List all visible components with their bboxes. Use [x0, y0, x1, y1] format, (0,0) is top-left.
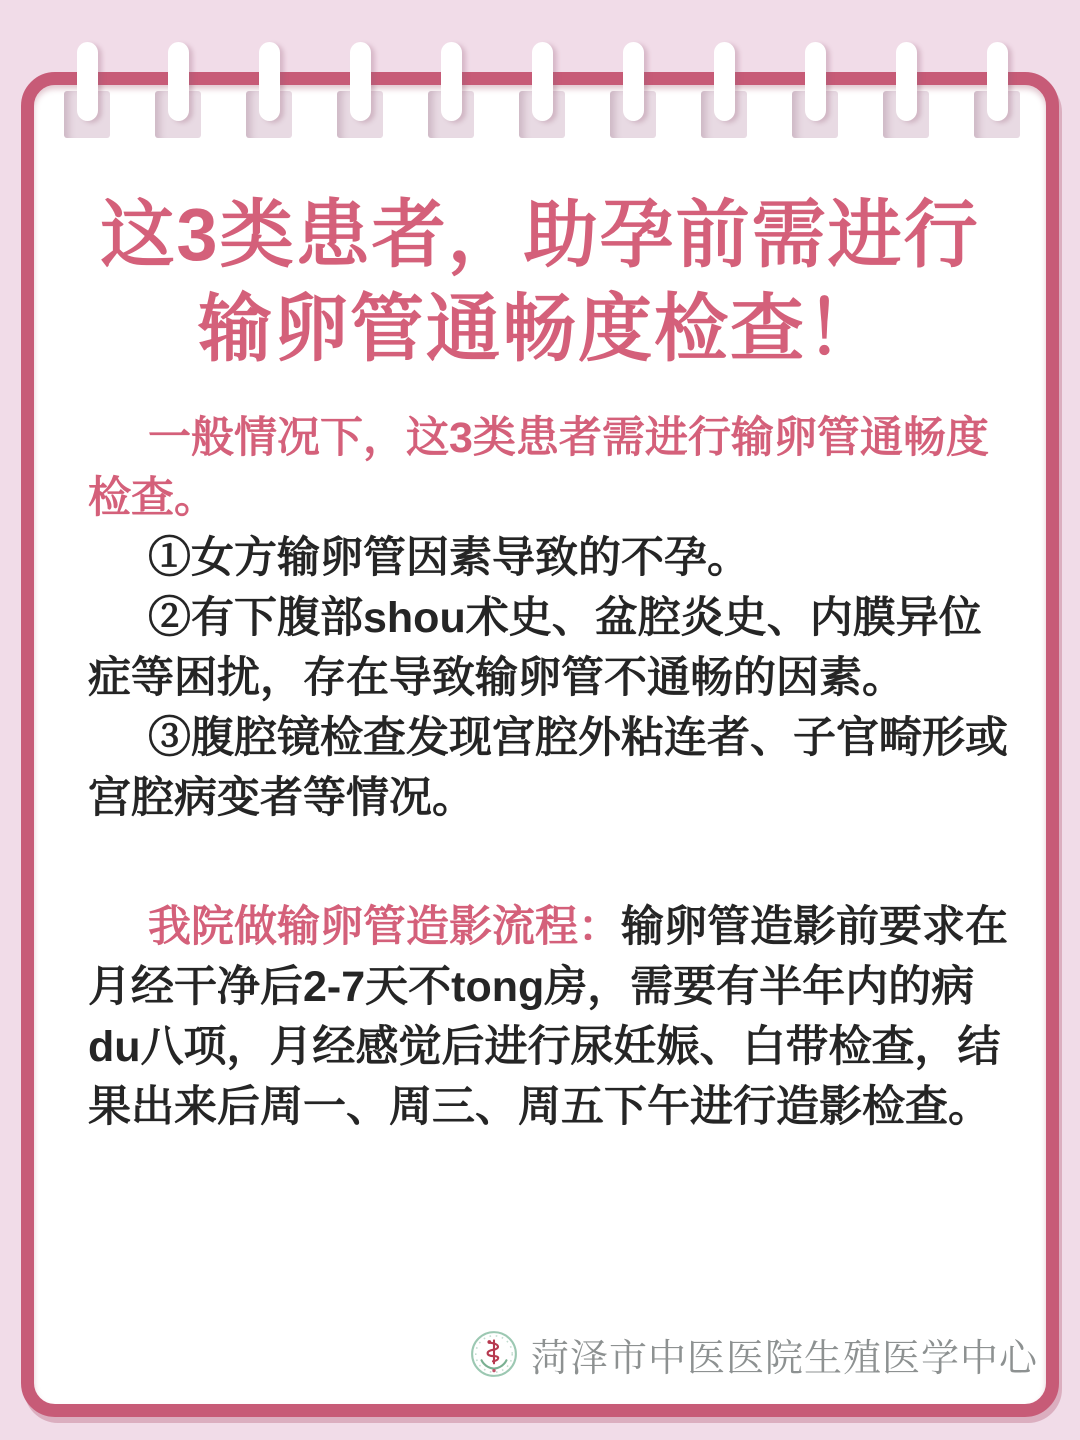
poster-page: { "meta": { "colors": { "page_background… [0, 0, 1080, 1440]
list-item-2-line-1: ②有下腹部shou术史、盆腔炎史、内膜异位 [88, 588, 1040, 648]
list-item-1: ①女方输卵管因素导致的不孕。 [88, 528, 1040, 588]
list-item-3-line-1: ③腹腔镜检查发现宫腔外粘连者、子官畸形或 [88, 708, 1040, 768]
title-line-2: 输卵管通畅度检查！ [33, 282, 1047, 376]
hospital-logo-icon [469, 1329, 519, 1379]
intro-paragraph: 一般情况下，这3类患者需进行输卵管通畅度 检查。 [88, 408, 1040, 528]
patient-type-list: ①女方输卵管因素导致的不孕。 ②有下腹部shou术史、盆腔炎史、内膜异位 症等困… [88, 528, 1040, 828]
footer-org-name: 菏泽市中医医院生殖医学中心 [531, 1327, 1038, 1382]
footer: 菏泽市中医医院生殖医学中心 [33, 1322, 1038, 1386]
procedure-line-3: du八项，月经感觉后进行尿妊娠、白带检查，结 [88, 1017, 1040, 1077]
procedure-line-1: 我院做输卵管造影流程：输卵管造影前要求在 [88, 897, 1040, 957]
procedure-lead-rest: 输卵管造影前要求在 [621, 903, 1008, 951]
ring-bar [168, 42, 189, 121]
page-title: 这3类患者，助孕前需进行 输卵管通畅度检查！ [33, 188, 1047, 376]
intro-line-2: 检查。 [88, 468, 1040, 528]
procedure-line-2: 月经干净后2-7天不tong房，需要有半年内的病 [88, 957, 1040, 1017]
list-item-2-line-2: 症等困扰，存在导致输卵管不通畅的因素。 [88, 648, 1040, 708]
ring-bar [987, 42, 1008, 121]
ring-bar [805, 42, 826, 121]
ring-bar [441, 42, 462, 121]
ring-bar [259, 42, 280, 121]
ring-bar [350, 42, 371, 121]
ring-bar [623, 42, 644, 121]
ring-bar [896, 42, 917, 121]
ring-bar [532, 42, 553, 121]
procedure-paragraph: 我院做输卵管造影流程：输卵管造影前要求在 月经干净后2-7天不tong房，需要有… [88, 897, 1040, 1137]
procedure-line-4: 果出来后周一、周三、周五下午进行造影检查。 [88, 1077, 1040, 1137]
ring-bar [77, 42, 98, 121]
ring-bar [714, 42, 735, 121]
procedure-lead: 我院做输卵管造影流程： [148, 903, 621, 951]
list-item-3-line-2: 宫腔病变者等情况。 [88, 768, 1040, 828]
title-line-1: 这3类患者，助孕前需进行 [33, 188, 1047, 282]
intro-line-1: 一般情况下，这3类患者需进行输卵管通畅度 [88, 408, 1040, 468]
